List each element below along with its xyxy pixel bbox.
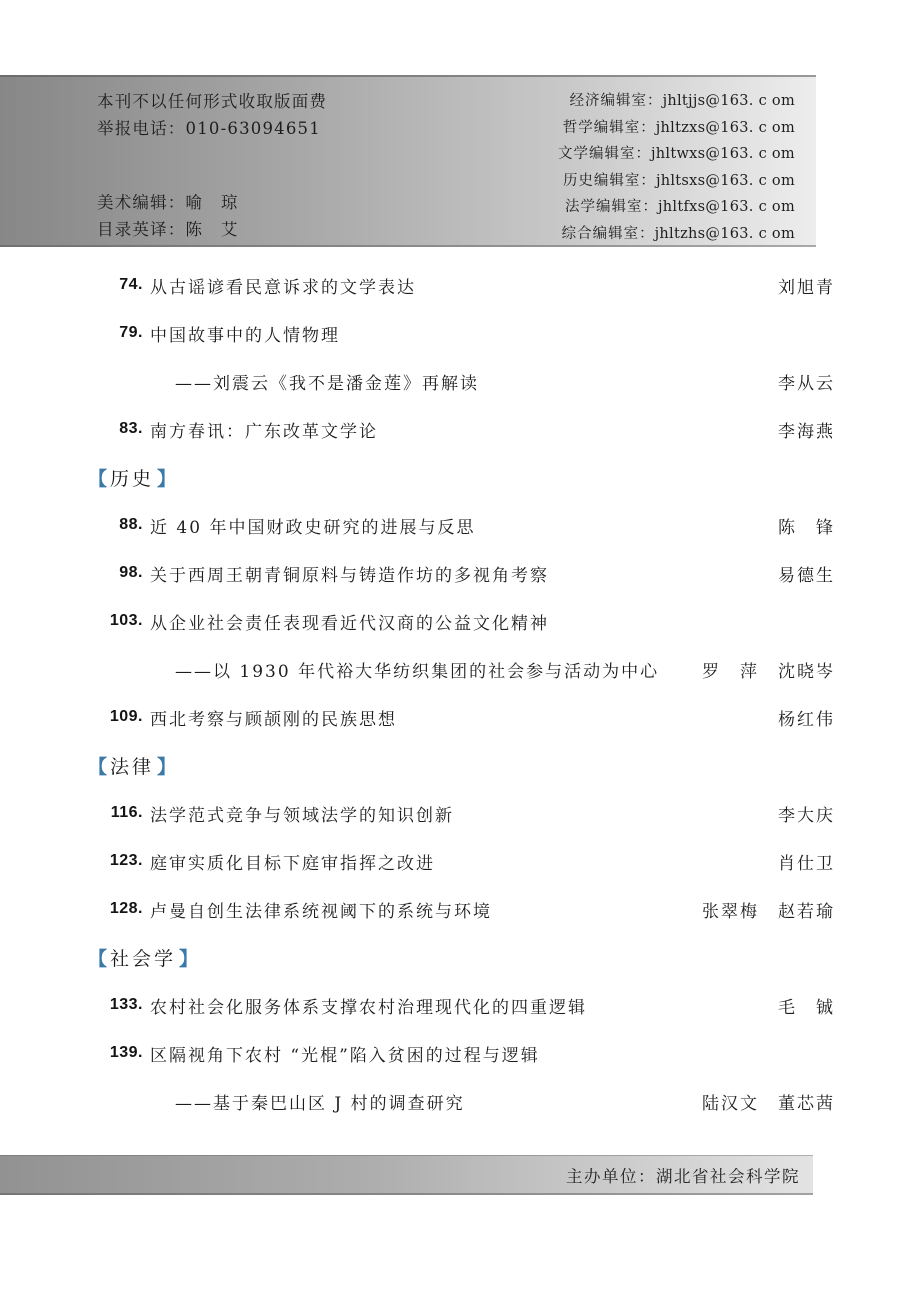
report-phone: 举报电话：010-63094651 <box>97 115 327 142</box>
email-label: 文学编辑室： <box>558 146 651 162</box>
email-label: 综合编辑室： <box>562 226 655 242</box>
toc-authors: 杨红伟 <box>778 705 835 730</box>
section-bracket-open-icon: 【 <box>88 464 107 491</box>
toc-page-number: 79. <box>97 324 143 342</box>
email-line-philosophy: 哲学编辑室：jhltzxs@163. c om <box>558 115 795 142</box>
email-address: jhltzxs@163. c om <box>656 120 795 136</box>
toc-authors: 罗 萍 沈晓岑 <box>702 657 835 682</box>
section-title: 法律 <box>107 752 157 779</box>
toc-entry-subtitle: ——以 1930 年代裕大华纺织集团的社会参与活动为中心 罗 萍 沈晓岑 <box>97 645 835 693</box>
toc-entry-subtitle: ——基于秦巴山区 J 村的调查研究 陆汉文 董芯茜 <box>97 1077 835 1125</box>
section-bracket-close-icon: 】 <box>179 944 198 971</box>
toc-title: 关于西周王朝青铜原料与铸造作坊的多视角考察 <box>150 561 549 586</box>
toc-title: 卢曼自创生法律系统视阈下的系统与环境 <box>150 897 492 922</box>
toc-entry: 98. 关于西周王朝青铜原料与铸造作坊的多视角考察 易德生 <box>97 549 835 597</box>
toc-subtitle: ——基于秦巴山区 J 村的调查研究 <box>175 1089 465 1114</box>
email-line-general: 综合编辑室：jhltzhs@163. c om <box>558 221 795 248</box>
toc-section-sociology: 【 社会学 】 <box>88 933 835 981</box>
toc-page-number: 123. <box>97 852 143 870</box>
toc-entry: 103. 从企业社会责任表现看近代汉商的公益文化精神 <box>97 597 835 645</box>
toc-entry: 116. 法学范式竞争与领域法学的知识创新 李大庆 <box>97 789 835 837</box>
toc-page-number: 103. <box>97 612 143 630</box>
email-address: jhltjjs@163. c om <box>663 93 795 109</box>
toc-entry-subtitle: ——刘震云《我不是潘金莲》再解读 李从云 <box>97 357 835 405</box>
organizer-text: 主办单位：湖北省社会科学院 <box>566 1163 800 1187</box>
toc-page-number: 83. <box>97 420 143 438</box>
toc-entry: 109. 西北考察与顾颉刚的民族思想 杨红伟 <box>97 693 835 741</box>
art-editor: 美术编辑：喻 琼 <box>97 189 327 216</box>
toc-title: 从古谣谚看民意诉求的文学表达 <box>150 273 416 298</box>
email-line-literature: 文学编辑室：jhltwxs@163. c om <box>558 141 795 168</box>
masthead-band: 本刊不以任何形式收取版面费 举报电话：010-63094651 美术编辑：喻 琼… <box>0 75 816 247</box>
toc-entry: 74. 从古谣谚看民意诉求的文学表达 刘旭青 <box>97 261 835 309</box>
email-label: 历史编辑室： <box>563 173 656 189</box>
section-bracket-open-icon: 【 <box>88 944 107 971</box>
toc-title: 南方春讯：广东改革文学论 <box>150 417 378 442</box>
toc-title: 西北考察与顾颉刚的民族思想 <box>150 705 397 730</box>
toc-authors: 陈 锋 <box>778 513 835 538</box>
section-bracket-close-icon: 】 <box>157 752 176 779</box>
email-address: jhltsxs@163. c om <box>656 173 795 189</box>
toc-translator: 目录英译：陈 艾 <box>97 216 327 243</box>
toc-page-number: 109. <box>97 708 143 726</box>
email-label: 经济编辑室： <box>570 93 663 109</box>
toc-entry: 123. 庭审实质化目标下庭审指挥之改进 肖仕卫 <box>97 837 835 885</box>
toc-entry: 133. 农村社会化服务体系支撑农村治理现代化的四重逻辑 毛 铖 <box>97 981 835 1029</box>
section-title: 社会学 <box>107 944 179 971</box>
toc-authors: 李从云 <box>778 369 835 394</box>
section-bracket-open-icon: 【 <box>88 752 107 779</box>
toc-authors: 肖仕卫 <box>778 849 835 874</box>
toc-page-number: 88. <box>97 516 143 534</box>
toc-authors: 毛 铖 <box>778 993 835 1018</box>
toc-title: 区隔视角下农村 “光棍”陷入贫困的过程与逻辑 <box>150 1041 540 1066</box>
toc-title: 庭审实质化目标下庭审指挥之改进 <box>150 849 435 874</box>
toc-title: 农村社会化服务体系支撑农村治理现代化的四重逻辑 <box>150 993 587 1018</box>
toc-title: 从企业社会责任表现看近代汉商的公益文化精神 <box>150 609 549 634</box>
email-line-history: 历史编辑室：jhltsxs@163. c om <box>558 168 795 195</box>
toc-subtitle: ——刘震云《我不是潘金莲》再解读 <box>175 369 479 394</box>
toc-authors: 刘旭青 <box>778 273 835 298</box>
editorial-emails-column: 经济编辑室：jhltjjs@163. c om 哲学编辑室：jhltzxs@16… <box>558 88 795 247</box>
email-address: jhltwxs@163. c om <box>651 146 795 162</box>
email-address: jhltfxs@163. c om <box>658 199 795 215</box>
email-label: 哲学编辑室： <box>563 120 656 136</box>
toc-page-number: 98. <box>97 564 143 582</box>
section-title: 历史 <box>107 464 157 491</box>
toc-authors: 李海燕 <box>778 417 835 442</box>
toc-title: 近 40 年中国财政史研究的进展与反思 <box>150 513 475 538</box>
toc-authors: 易德生 <box>778 561 835 586</box>
section-bracket-close-icon: 】 <box>157 464 176 491</box>
toc-authors: 陆汉文 董芯茜 <box>702 1089 835 1114</box>
toc-entry: 139. 区隔视角下农村 “光棍”陷入贫困的过程与逻辑 <box>97 1029 835 1077</box>
email-address: jhltzhs@163. c om <box>655 226 795 242</box>
toc-subtitle: ——以 1930 年代裕大华纺织集团的社会参与活动为中心 <box>175 657 659 682</box>
toc-title: 法学范式竞争与领域法学的知识创新 <box>150 801 454 826</box>
toc-section-history: 【 历史 】 <box>88 453 835 501</box>
toc-entry: 88. 近 40 年中国财政史研究的进展与反思 陈 锋 <box>97 501 835 549</box>
toc-section-law: 【 法律 】 <box>88 741 835 789</box>
organizer-bar: 主办单位：湖北省社会科学院 <box>0 1155 813 1195</box>
email-line-economics: 经济编辑室：jhltjjs@163. c om <box>558 88 795 115</box>
toc-page-number: 133. <box>97 996 143 1014</box>
email-line-law: 法学编辑室：jhltfxs@163. c om <box>558 194 795 221</box>
email-label: 法学编辑室： <box>565 199 658 215</box>
toc-entry: 83. 南方春讯：广东改革文学论 李海燕 <box>97 405 835 453</box>
toc-page-number: 128. <box>97 900 143 918</box>
toc-title: 中国故事中的人情物理 <box>150 321 340 346</box>
toc-authors: 李大庆 <box>778 801 835 826</box>
toc-authors: 张翠梅 赵若瑜 <box>702 897 835 922</box>
toc-entry: 128. 卢曼自创生法律系统视阈下的系统与环境 张翠梅 赵若瑜 <box>97 885 835 933</box>
toc-page-number: 139. <box>97 1044 143 1062</box>
table-of-contents: 74. 从古谣谚看民意诉求的文学表达 刘旭青 79. 中国故事中的人情物理 ——… <box>97 261 835 1125</box>
no-page-fee-notice: 本刊不以任何形式收取版面费 <box>97 88 327 115</box>
toc-page-number: 74. <box>97 276 143 294</box>
spacer <box>97 142 327 189</box>
toc-entry: 79. 中国故事中的人情物理 <box>97 309 835 357</box>
toc-page-number: 116. <box>97 804 143 822</box>
masthead-left-column: 本刊不以任何形式收取版面费 举报电话：010-63094651 美术编辑：喻 琼… <box>97 88 327 243</box>
